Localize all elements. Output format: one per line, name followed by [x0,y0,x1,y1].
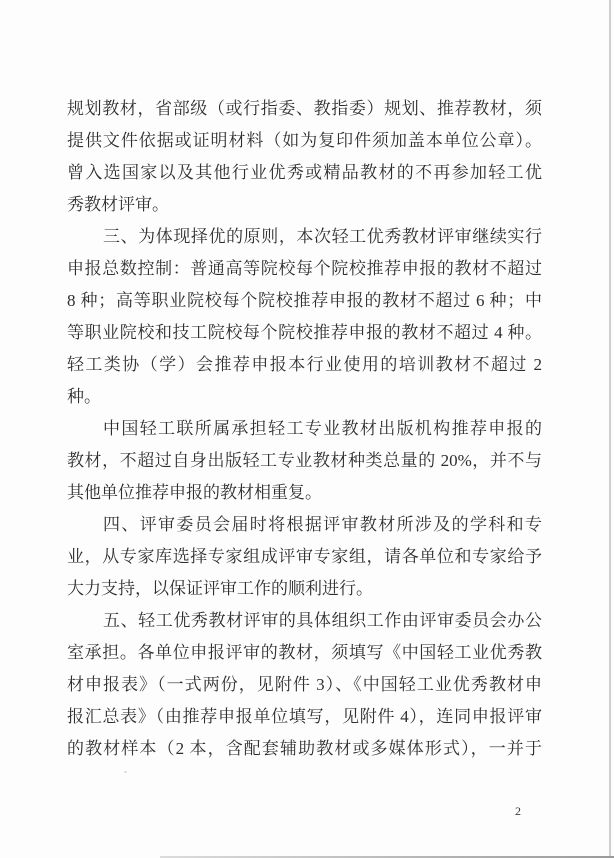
text-line: 秀教材评审。 [67,189,542,221]
scanned-document-page: 规划教材，省部级（或行指委、教指委）规划、推荐教材，须提供文件依据或证明材料（如… [0,0,614,858]
text-line: 等职业院校和技工院校每个院校推荐申报的教材不超过 4 种。 [67,317,542,349]
text-line: 其他单位推荐申报的教材相重复。 [67,477,542,509]
text-line: 教材，不超过自身出版轻工专业教材种类总量的 20%，并不与 [67,445,542,477]
text-line: 曾入选国家以及其他行业优秀或精品教材的不再参加轻工优 [67,157,542,189]
document-text-block: 规划教材，省部级（或行指委、教指委）规划、推荐教材，须提供文件依据或证明材料（如… [67,93,542,765]
text-line: 轻工类协（学）会推荐申报本行业使用的培训教材不超过 2 [67,349,542,381]
text-line: 规划教材，省部级（或行指委、教指委）规划、推荐教材，须 [67,93,542,125]
text-line: 提供文件依据或证明材料（如为复印件须加盖本单位公章）。 [67,125,542,157]
text-line: 8 种；高等职业院校每个院校推荐申报的教材不超过 6 种；中 [67,285,542,317]
text-line: 种。 [67,381,542,413]
text-line: 材申报表》（一式两份，见附件 3）、《中国轻工业优秀教材申 [67,669,542,701]
text-line: 大力支持，以保证评审工作的顺利进行。 [67,573,542,605]
text-line: 五、轻工优秀教材评审的具体组织工作由评审委员会办公 [67,605,542,637]
scan-speck [124,771,127,773]
text-line: 中国轻工联所属承担轻工专业教材出版机构推荐申报的 [67,413,542,445]
text-line: 室承担。各单位申报评审的教材，须填写《中国轻工业优秀教 [67,637,542,669]
text-line: 业，从专家库选择专家组成评审专家组，请各单位和专家给予 [67,541,542,573]
text-line: 的教材样本（2 本，含配套辅助教材或多媒体形式），一并于 [67,733,542,765]
scan-edge-right-line [609,0,611,858]
text-line: 四、评审委员会届时将根据评审教材所涉及的学科和专 [67,509,542,541]
text-line: 三、为体现择优的原则，本次轻工优秀教材评审继续实行 [67,221,542,253]
text-line: 申报总数控制：普通高等院校每个院校推荐申报的教材不超过 [67,253,542,285]
text-line: 报汇总表》（由推荐申报单位填写，见附件 4），连同申报评审 [67,701,542,733]
page-number: 2 [510,803,526,819]
